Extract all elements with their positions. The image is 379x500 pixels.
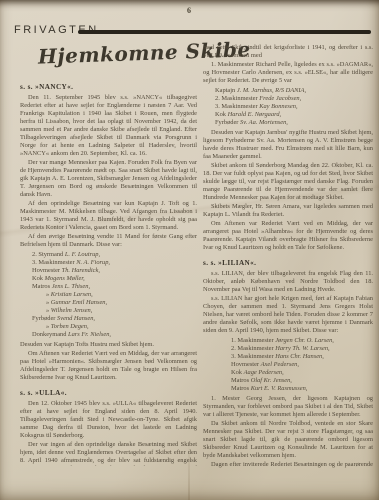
crew-name: Harald E. Nørgaard,	[226, 111, 281, 118]
crew-member: 3. Maskinmester Kay Bonnesen,	[215, 103, 373, 111]
page-number: 6	[0, 6, 379, 15]
crew-member: Hovmester Axel Pedersen,	[231, 361, 373, 369]
crew-member: Matros Kurt E. V. Rasmussen,	[231, 385, 373, 393]
paragraph: Om Aftenen var Rederiet Vært ved en Midd…	[20, 350, 197, 382]
crew-member: Donkeymand Lars Fr. Nielsen,	[32, 331, 197, 339]
crew-member: » Wilhelm Jensen,	[32, 307, 197, 315]
crew-member: 2. Styrmand L. F. Loutrup,	[32, 251, 197, 259]
right-column: med dette Skib, indtil det krigsforliste…	[203, 44, 373, 468]
crew-role: 3. Maskinmester	[32, 259, 75, 266]
paragraph: med dette Skib, indtil det krigsforliste…	[203, 44, 373, 60]
crew-member: » Kristian Larsen,	[32, 291, 197, 299]
crew-member: Fyrbøder Svend Hansen,	[32, 315, 197, 323]
paragraph: Den 12. Oktober 1945 blev s.s. »ULLA« ti…	[20, 400, 197, 440]
paragraph: Af den øvrige Besætning vendte 11 Mand f…	[20, 233, 197, 249]
crew-member: 2. Maskinmester Harry Th. W. Larsen,	[231, 345, 373, 353]
crew-role: 3. Maskinmester	[215, 103, 258, 110]
crew-name: Kay Bonnesen,	[258, 103, 298, 110]
crew-role: Kok	[215, 111, 226, 118]
crew-name: Mogens Møller,	[43, 275, 85, 282]
paragraph: Skibets Mægler, Hr. Søren Amara, var lig…	[203, 203, 373, 219]
left-column: s. s. »NANCY«.Den 11. September 1945 ble…	[20, 76, 197, 466]
crew-role: Matros	[231, 377, 249, 384]
crew-name: Lars Fr. Nielsen,	[66, 331, 111, 338]
crew-member: Matros Olaf Kr. Jensen,	[231, 377, 373, 385]
paragraph: Der var ingen af den oprindelige danske …	[20, 441, 197, 466]
crew-role: Fyrbøder	[32, 315, 55, 322]
crew-member: Hovmester Th. Harendick,	[32, 267, 197, 275]
section-heading: s. s. »NANCY«.	[20, 83, 197, 91]
crew-role: Donkeymand	[32, 331, 66, 338]
paragraph: Da Skibet ankom til Nordre Toldbod, vent…	[203, 420, 373, 460]
paragraph: s.s. LILIAN, der blev tilbageleveret fra…	[203, 270, 373, 294]
crew-name: J. M. Jarnbus, R/S DANIA,	[235, 87, 306, 94]
crew-name: Kristian Larsen,	[49, 291, 93, 298]
paragraph: 1. Mester Georg Jessen, der ligesom Kapt…	[203, 395, 373, 419]
crew-role: Matros	[231, 385, 249, 392]
crew-list: 2. Styrmand L. F. Loutrup,3. Maskinmeste…	[20, 251, 197, 339]
crew-member: 1. Maskinmester Jørgen Chr. O. Larsen,	[231, 337, 373, 345]
paragraph: Den 11. September 1945 blev s.s. »NANCY«…	[20, 94, 197, 158]
crew-member: Matros Jens L. Thisen,	[32, 283, 197, 291]
crew-role: Hovmester	[231, 361, 259, 368]
crew-member: » Gunnar Emil Hansen,	[32, 299, 197, 307]
crew-name: Th. Harendick,	[60, 267, 100, 274]
paragraph: Der var mange Mennesker paa Kajen. Forud…	[20, 159, 197, 199]
header-rule	[78, 30, 371, 34]
crew-member: Fyrbøder Sv. Aa. Mortensen,	[215, 119, 373, 127]
article-title: Hjemkomne Skibe	[38, 39, 189, 68]
crew-name: Axel Pedersen,	[259, 361, 299, 368]
paragraph: 1. Maskinmester Richard Pelle, ligeledes…	[203, 61, 373, 85]
crew-name: Sv. Aa. Mortensen,	[238, 119, 287, 126]
paragraph: Desuden var Kaptajn Tofts Hustru med Ski…	[20, 341, 197, 349]
crew-name: N. A. Fiorup,	[75, 259, 110, 266]
crew-role: 3. Maskinmester	[231, 353, 274, 360]
crew-role: Fyrbøder	[215, 119, 238, 126]
paragraph: Dagen efter inviterede Rederiet Besætnin…	[203, 461, 373, 468]
crew-name: Aage Pedersen,	[242, 369, 284, 376]
crew-role: Kok	[231, 369, 242, 376]
scanned-magazine-page: 6 FRIVAGTEN Hjemkomne Skibe s. s. »NANCY…	[0, 0, 379, 500]
crew-role: 2. Styrmand	[32, 251, 63, 258]
crew-member: Kaptajn J. M. Jarnbus, R/S DANIA,	[215, 87, 373, 95]
section-heading: s. s. »LILIAN«.	[203, 259, 373, 267]
crew-member: Kok Mogens Møller,	[32, 275, 197, 283]
crew-member: 3. Maskinmester N. A. Fiorup,	[32, 259, 197, 267]
paragraph: Desuden var Kaptajn Jarnbus' nygifte Hus…	[203, 129, 373, 161]
paragraph: Om Aftenen var Rederiet Vært ved en Midd…	[203, 220, 373, 252]
crew-member: Kok Harald E. Nørgaard,	[215, 111, 373, 119]
crew-name: Frede Jacobsen,	[258, 95, 302, 102]
crew-name: Kurt E. V. Rasmussen,	[249, 385, 307, 392]
crew-role: 2. Maskinmester	[215, 95, 258, 102]
paragraph: Af den oprindelige Besætning var kun Kap…	[20, 200, 197, 232]
crew-member: 3. Maskinmester Hans Chr. Hansen,	[231, 353, 373, 361]
crew-member: » Torben Degen,	[32, 323, 197, 331]
crew-role: Matros	[32, 283, 50, 290]
crew-name: Wilhelm Jensen,	[49, 307, 92, 314]
crew-name: Jens L. Thisen,	[50, 283, 90, 290]
paragraph: s.s. LILIAN har gjort hele Krigen med, f…	[203, 295, 373, 335]
crew-name: Torben Degen,	[49, 323, 88, 330]
crew-name: Olaf Kr. Jensen,	[249, 377, 292, 384]
crew-list: 1. Maskinmester Jørgen Chr. O. Larsen,2.…	[203, 337, 373, 393]
crew-name: Gunnar Emil Hansen,	[49, 299, 107, 306]
crew-role: 2. Maskinmester	[231, 345, 274, 352]
crew-name: Svend Hansen,	[55, 315, 95, 322]
crew-list: Kaptajn J. M. Jarnbus, R/S DANIA,2. Mask…	[203, 87, 373, 127]
crew-name: Jørgen Chr. O. Larsen,	[274, 337, 334, 344]
crew-role: Kok	[32, 275, 43, 282]
crew-role: Kaptajn	[215, 87, 235, 94]
crew-name: Hans Chr. Hansen,	[274, 353, 324, 360]
paragraph: Skibet ankom til Sønderborg Mandag den 2…	[203, 162, 373, 202]
crew-role: 1. Maskinmester	[231, 337, 274, 344]
crew-role: Hovmester	[32, 267, 60, 274]
crew-member: 2. Maskinmester Frede Jacobsen,	[215, 95, 373, 103]
crew-name: Harry Th. W. Larsen,	[274, 345, 330, 352]
crew-name: L. F. Loutrup,	[63, 251, 100, 258]
crew-member: Kok Aage Pedersen,	[231, 369, 373, 377]
section-heading: s. s. »ULLA«.	[20, 389, 197, 397]
